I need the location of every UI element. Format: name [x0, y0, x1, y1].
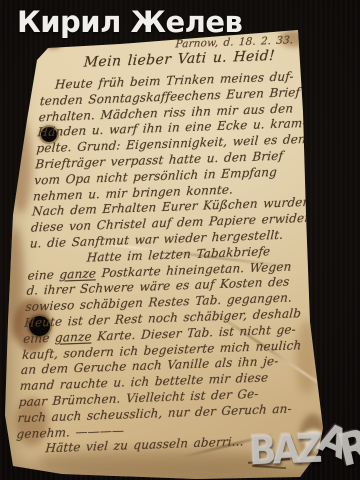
letter-line: diese von Christel auf dem Papiere erwid… — [30, 211, 305, 236]
punch-hole — [29, 316, 50, 336]
bazar-watermark: BAZAR — [248, 420, 360, 476]
stain — [40, 450, 280, 474]
stain — [6, 228, 24, 340]
letter-salutation: Mein lieber Vati u. Heid! — [41, 47, 316, 78]
letter-paper: Parnow, d. 18. 2. 33. Mein lieber Vati u… — [0, 0, 360, 480]
letter-line: Heute früh beim Trinken meines duf- — [40, 69, 315, 94]
letter-line: eine ganze Postkarte hineingetan. Wegen — [27, 259, 302, 284]
letter-text: Parnow, d. 18. 2. 33. Mein lieber Vati u… — [15, 32, 318, 458]
letter-line: paar Brümchen. Vielleicht ist der Ge- — [18, 385, 293, 410]
letter-line: Händen u. warf ihn in eine Ecke u. kram- — [37, 116, 312, 141]
seller-name: Кирил Желев — [17, 5, 242, 39]
letter-line: nehmen u. mir bringen konnte. — [33, 179, 308, 204]
letter-line: Hatte im letzten Tabakbriefe — [28, 243, 303, 268]
letter-line: tenden Sonntagskaffeechens Euren Brief — [39, 84, 314, 109]
letter-line: sowieso schäbigen Restes Tab. gegangen. — [25, 290, 300, 315]
letter-line: d. ihrer Schwere wäre es auf Kosten des — [26, 275, 301, 300]
stain — [16, 398, 48, 446]
crease-line — [204, 305, 347, 403]
letter-line: Heute ist der Rest noch schäbiger, desha… — [24, 306, 299, 331]
letter-line: Briefträger verpasst hatte u. den Brief — [35, 148, 310, 173]
stain — [10, 118, 32, 213]
letter-line: Nach dem Erhalten Eurer Küßchen wurden — [32, 195, 307, 220]
crease-line — [65, 238, 302, 270]
letter-line: vom Opa nicht persönlich in Empfang — [34, 164, 309, 189]
stain — [14, 298, 50, 352]
letter-line: eine ganze Karte. Dieser Tab. ist nicht … — [23, 322, 298, 347]
watermark-letter: A — [272, 427, 297, 474]
watermark-letter: R — [334, 420, 360, 477]
stain — [296, 320, 318, 394]
letter-line: an dem Geruche nach Vanille als ihn je- — [20, 354, 295, 379]
stain — [31, 39, 37, 47]
letter-line: u. die Sanftmut war wieder hergestellt. — [29, 227, 304, 252]
letter-line: mand rauchte u. ich bettelte mir diese — [19, 370, 294, 395]
watermark-letter: B — [248, 428, 273, 475]
punch-hole — [41, 127, 57, 142]
letter-line: erhalten. Mädchen riss ihn mir aus den — [38, 100, 313, 125]
listing-photo: Parnow, d. 18. 2. 33. Mein lieber Vati u… — [0, 0, 360, 480]
letter-line: kauft, sondern ich begeisterte mich neul… — [22, 338, 297, 363]
stain — [280, 30, 308, 47]
letter-line: pelte. Grund: Eigensinnigkeit, weil es d… — [36, 132, 311, 157]
